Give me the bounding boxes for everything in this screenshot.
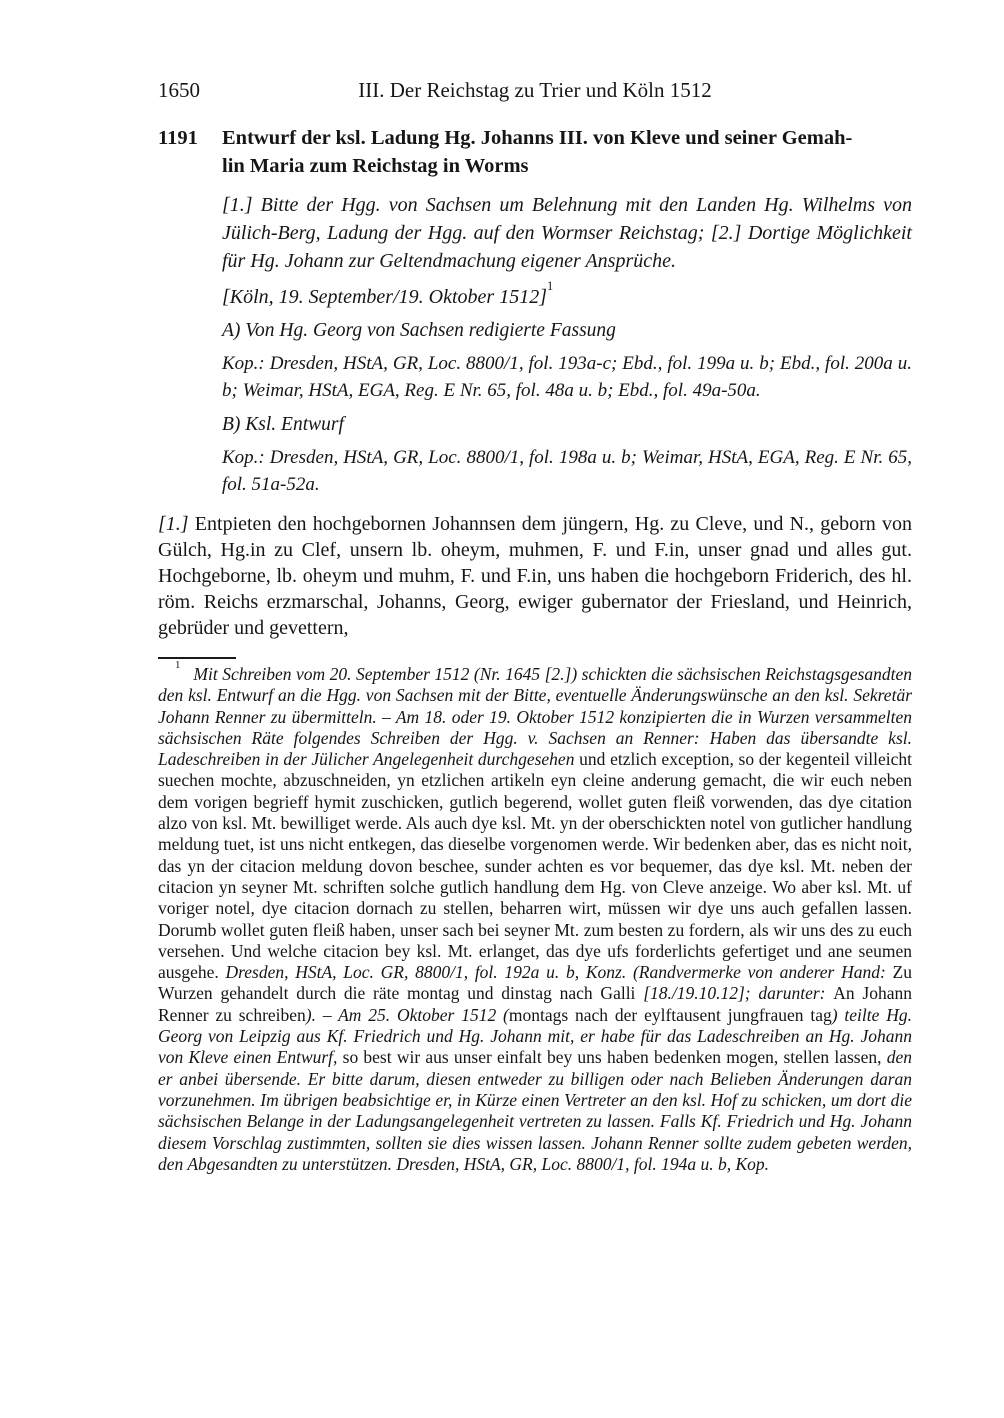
footnote-separator-rule (158, 657, 236, 659)
version-b-source: Kop.: Dresden, HStA, GR, Loc. 8800/1, fo… (222, 444, 912, 498)
entry-date: [Köln, 19. September/19. Oktober 1512] (222, 286, 547, 308)
page-header: 1650 III. Der Reichstag zu Trier und Köl… (158, 78, 912, 102)
text-block: 1650 III. Der Reichstag zu Trier und Köl… (158, 78, 912, 1175)
entry-heading: 1191 Entwurf der ksl. Ladung Hg. Johanns… (158, 124, 912, 180)
book-page: 1650 III. Der Reichstag zu Trier und Köl… (0, 0, 1004, 1418)
footnote: 1Mit Schreiben vom 20. September 1512 (N… (158, 664, 912, 1175)
footnote-text: Mit Schreiben vom 20. September 1512 (Nr… (158, 664, 912, 1174)
entry-title-line-2: lin Maria zum Reichstag in Worms (222, 152, 852, 180)
footnote-reference: 1 (547, 279, 553, 293)
entry-summary: [1.] Bitte der Hgg. von Sachsen um Beleh… (222, 191, 912, 275)
version-a-label: A) Von Hg. Georg von Sachsen redigierte … (222, 318, 912, 343)
entry-dateline: [Köln, 19. September/19. Oktober 1512]1 (222, 284, 912, 310)
running-title: III. Der Reichstag zu Trier und Köln 151… (158, 78, 912, 102)
page-number: 1650 (158, 78, 200, 102)
entry-title-line-1: Entwurf der ksl. Ladung Hg. Johanns III.… (222, 124, 852, 152)
version-a-source: Kop.: Dresden, HStA, GR, Loc. 8800/1, fo… (222, 350, 912, 404)
entry-number: 1191 (158, 124, 222, 180)
entry-title: Entwurf der ksl. Ladung Hg. Johanns III.… (222, 124, 852, 180)
footnote-marker: 1 (175, 659, 180, 671)
body-paragraph: [1.] Entpieten den hochgebornen Johannse… (158, 511, 912, 641)
version-b-label: B) Ksl. Entwurf (222, 412, 912, 437)
